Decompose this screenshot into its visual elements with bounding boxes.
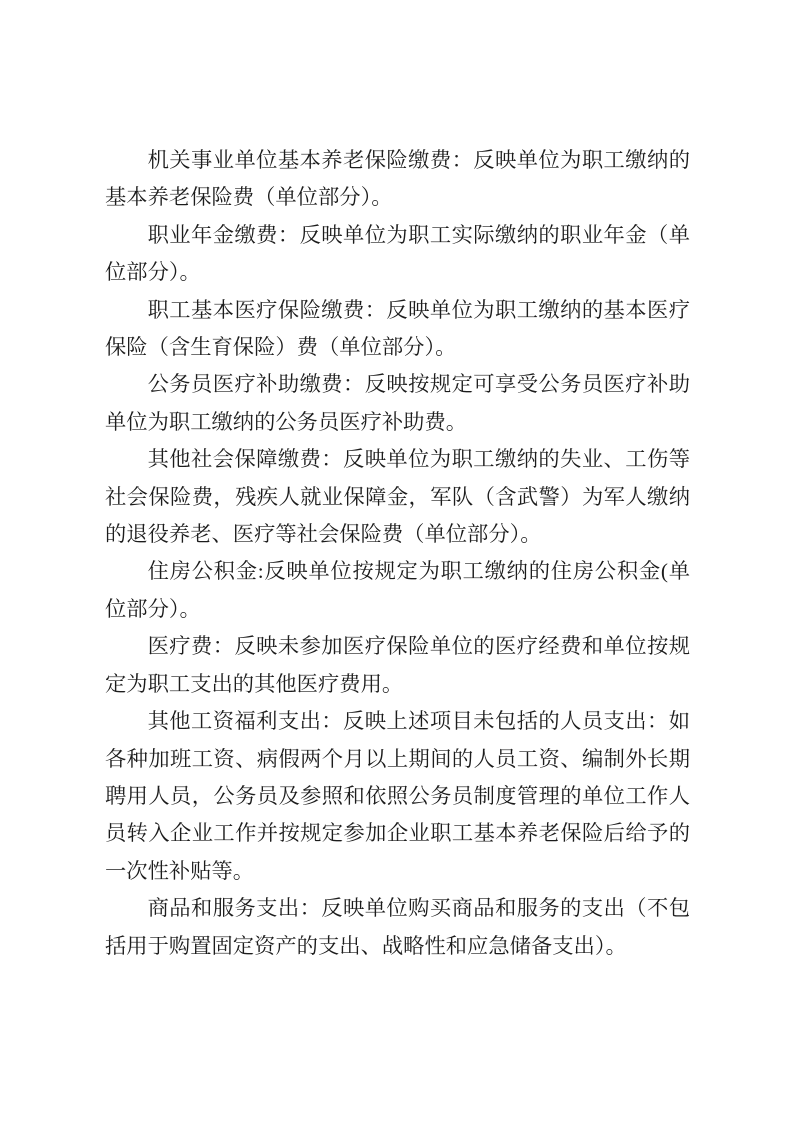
document-page: 机关事业单位基本养老保险缴费：反映单位为职工缴纳的基本养老保险费（单位部分）。 …: [0, 0, 793, 1122]
paragraph-other-wage-welfare: 其他工资福利支出：反映上述项目未包括的人员支出：如各种加班工资、病假两个月以上期…: [105, 703, 690, 890]
paragraph-pension-contribution: 机关事业单位基本养老保险缴费：反映单位为职工缴纳的基本养老保险费（单位部分）。: [105, 142, 690, 217]
document-text-block: 机关事业单位基本养老保险缴费：反映单位为职工缴纳的基本养老保险费（单位部分）。 …: [105, 142, 690, 965]
paragraph-goods-and-services: 商品和服务支出：反映单位购买商品和服务的支出（不包括用于购置固定资产的支出、战略…: [105, 890, 690, 965]
paragraph-civil-servant-medical-subsidy: 公务员医疗补助缴费：反映按规定可享受公务员医疗补助单位为职工缴纳的公务员医疗补助…: [105, 366, 690, 441]
paragraph-basic-medical-insurance: 职工基本医疗保险缴费：反映单位为职工缴纳的基本医疗保险（含生育保险）费（单位部分…: [105, 292, 690, 367]
paragraph-medical-expenses: 医疗费：反映未参加医疗保险单位的医疗经费和单位按规定为职工支出的其他医疗费用。: [105, 628, 690, 703]
paragraph-housing-fund: 住房公积金:反映单位按规定为职工缴纳的住房公积金(单位部分）。: [105, 553, 690, 628]
paragraph-occupational-annuity: 职业年金缴费：反映单位为职工实际缴纳的职业年金（单位部分）。: [105, 217, 690, 292]
paragraph-other-social-security: 其他社会保障缴费：反映单位为职工缴纳的失业、工伤等社会保险费，残疾人就业保障金，…: [105, 441, 690, 553]
